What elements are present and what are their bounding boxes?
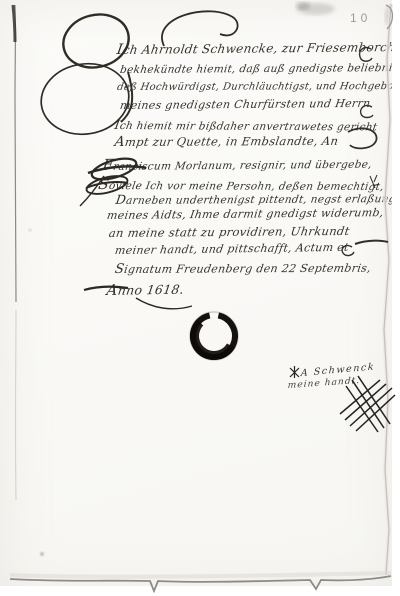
- manuscript-line: meines gnedigsten Churfürsten und Herrn: [119, 97, 371, 112]
- manuscript-line: Anno 1618.: [105, 280, 185, 299]
- page-number: 10: [350, 11, 371, 25]
- scanned-manuscript-page: 10 Ich Ahrnoldt Schwencke, zur Friesembo…: [0, 0, 400, 596]
- manuscript-line: Ich hiemit mir bißdaher anvertrawetes ge…: [114, 117, 379, 133]
- manuscript-line: Ampt zur Quette, in Embslandte, An: [114, 133, 340, 150]
- manuscript-line: Ich Ahrnoldt Schwencke, zur Friesemborch: [116, 39, 397, 58]
- manuscript-line: bekhekündte hiemit, daß auß gnedigste be…: [119, 62, 399, 76]
- manuscript-line: Franciscum Morlanum, resignir, und überg…: [101, 154, 373, 174]
- manuscript-line: Signatum Freudenberg den 22 Septembris,: [114, 261, 372, 277]
- manuscript-line: an meine statt zu providiren, Uhrkundt: [108, 224, 351, 240]
- manuscript-line: deß Hochwürdigst, Durchläuchtigst, und H…: [116, 81, 400, 93]
- manuscript-line: Darneben underthenigst pittendt, negst e…: [115, 190, 397, 207]
